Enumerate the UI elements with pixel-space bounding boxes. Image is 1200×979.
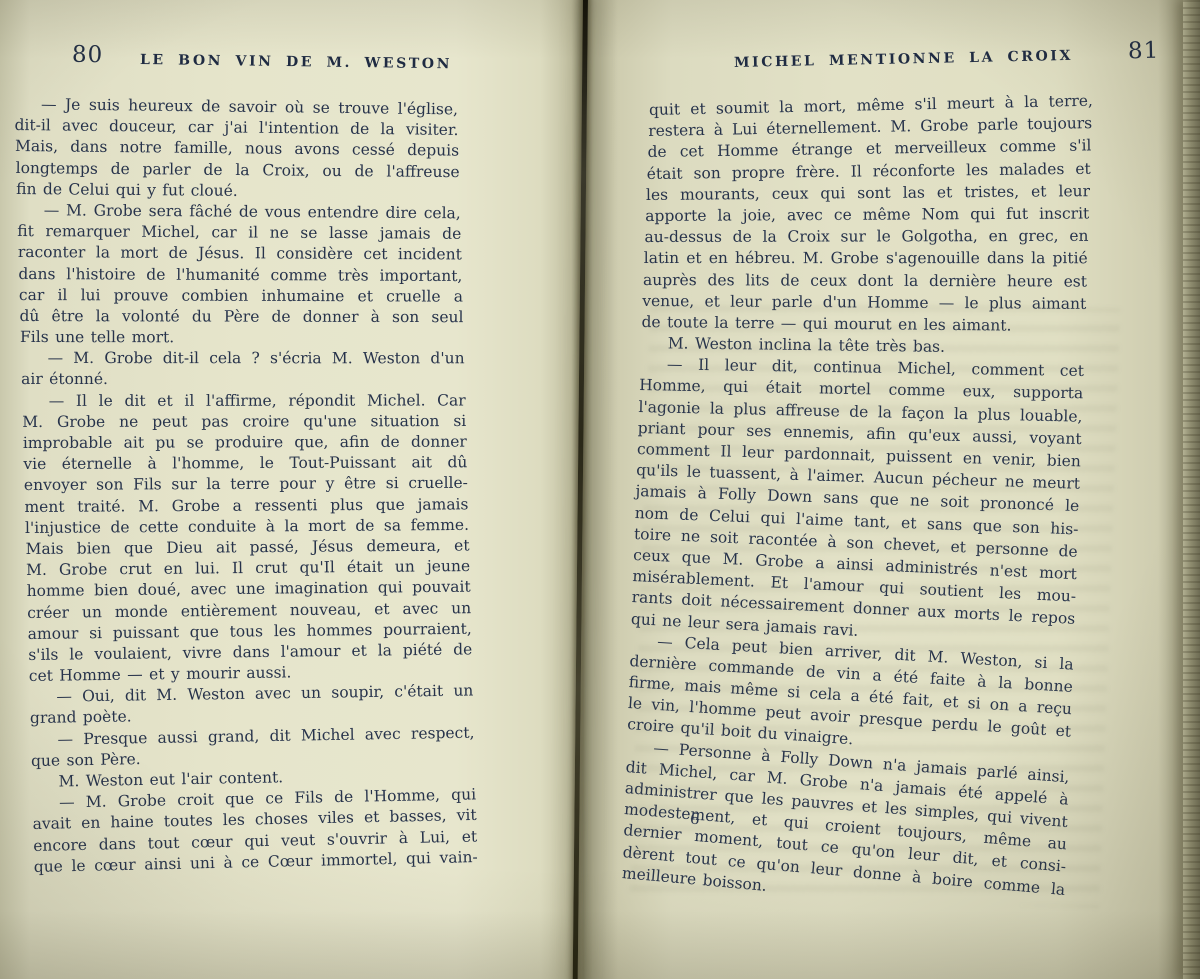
text-line: improbable ait pu se produire que, afin … — [23, 432, 467, 455]
text-line: apporte la joie, avec ce même Nom qui fu… — [645, 203, 1089, 227]
text-line: auprès des lits de ceux dont la dernière… — [643, 270, 1087, 293]
running-head-left: LE BON VIN DE M. WESTON — [140, 52, 452, 72]
text-line: M. Grobe ne peut pas croire qu'une situa… — [22, 411, 466, 433]
text-block-right: quit et soumit la mort, même s'il meurt … — [649, 100, 1093, 884]
page-edge-strip — [1183, 0, 1200, 979]
text-line: raconter la mort de Jésus. Il considère … — [18, 242, 462, 266]
text-line: les mourants, ceux qui sont las et trist… — [646, 181, 1090, 206]
signature-mark: 6 — [689, 810, 700, 829]
text-line: dans l'histoire de l'humanité comme très… — [18, 264, 462, 287]
text-line: — Il le dit et il l'affirme, répondit Mi… — [22, 390, 466, 412]
text-line: — M. Grobe dit-il cela ? s'écria M. West… — [21, 348, 465, 369]
text-line: air étonné. — [21, 369, 465, 390]
running-head-right: MICHEL MENTIONNE LA CROIX — [734, 48, 1073, 71]
text-line: car il lui prouve combien inhumaine et c… — [19, 285, 463, 308]
text-line: venue, et leur parle d'un Homme — le plu… — [642, 291, 1086, 315]
text-block-left: — Je suis heureux de savoir où se trouve… — [14, 94, 458, 878]
text-line: Fils une telle mort. — [20, 327, 464, 349]
text-line: envoyer son Fils sur la terre pour y êtr… — [24, 473, 468, 496]
right-page: 81 MICHEL MENTIONNE LA CROIX quit et sou… — [600, 0, 1185, 979]
left-page: 80 LE BON VIN DE M. WESTON — Je suis heu… — [0, 0, 575, 979]
text-line: ment traité. M. Grobe a ressenti plus qu… — [24, 494, 468, 518]
book-photo: 80 LE BON VIN DE M. WESTON — Je suis heu… — [0, 0, 1200, 979]
page-number-left: 80 — [72, 42, 104, 68]
text-line: latin et en hébreu. M. Grobe s'agenouill… — [644, 248, 1088, 269]
page-number-right: 81 — [1128, 38, 1160, 65]
text-line: dû être la volonté du Père de donner à s… — [19, 306, 463, 328]
text-line: vie éternelle à l'homme, le Tout-Puissan… — [23, 452, 467, 475]
text-line: au-dessus de la Croix sur le Golgotha, e… — [644, 226, 1088, 248]
